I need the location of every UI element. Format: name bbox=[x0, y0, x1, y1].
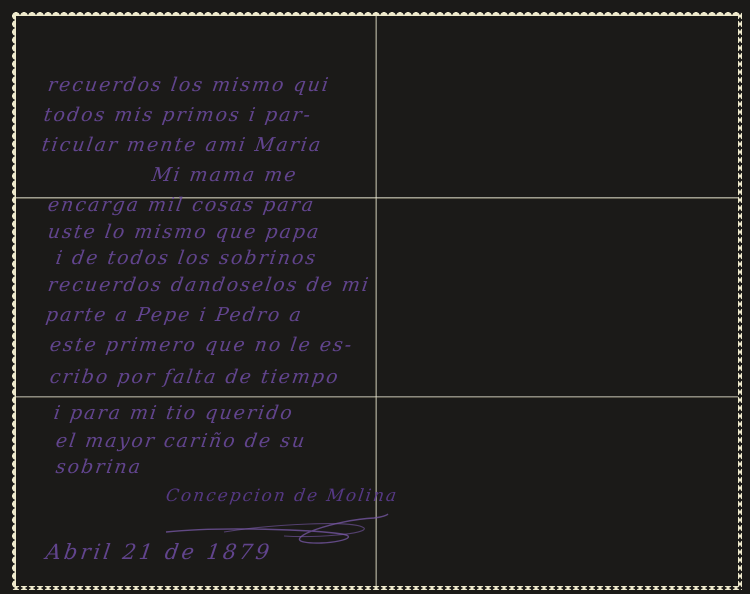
letter-line-1: recuerdos los mismo qui bbox=[46, 74, 331, 96]
lower-fold-crease bbox=[16, 396, 738, 398]
letter-line-10: este primero que no le es- bbox=[48, 334, 354, 356]
letter-line-8: recuerdos dandoselos de mi bbox=[46, 274, 371, 296]
letter-line-7: i de todos los sobrinos bbox=[54, 247, 318, 269]
letter-paper: recuerdos los mismo qui todos mis primos… bbox=[16, 16, 738, 586]
letter-line-2: todos mis primos i par- bbox=[42, 104, 313, 126]
letter-line-14: sobrina bbox=[54, 456, 143, 478]
letter-line-4: Mi mama me bbox=[150, 164, 299, 186]
letter-line-6: uste lo mismo que papa bbox=[46, 221, 322, 243]
letter-line-5: encarga mil cosas para bbox=[46, 194, 316, 216]
letter-line-11: cribo por falta de tiempo bbox=[48, 366, 341, 388]
letter-date: Abril 21 de 1879 bbox=[44, 540, 274, 564]
letter-line-12: i para mi tio querido bbox=[52, 402, 295, 424]
signature: Concepcion de Molina bbox=[165, 486, 400, 506]
letter-line-3: ticular mente ami Maria bbox=[40, 134, 323, 156]
letter-line-13: el mayor cariño de su bbox=[54, 430, 307, 452]
letter-line-9: parte a Pepe i Pedro a bbox=[44, 304, 304, 326]
